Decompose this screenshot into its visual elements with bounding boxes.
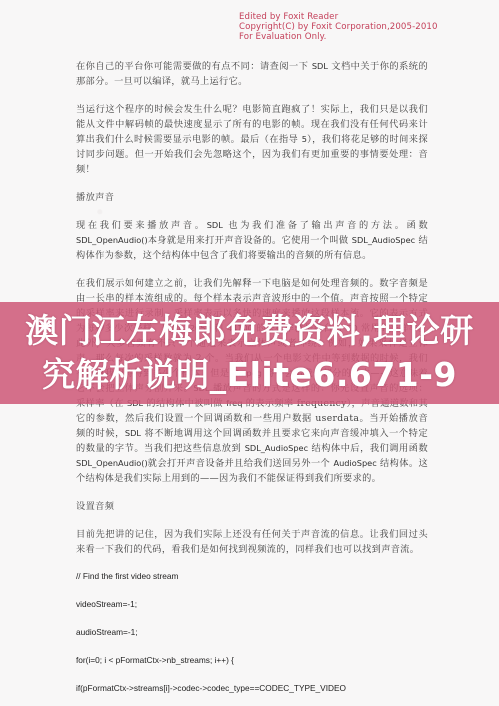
overlay-title-banner: 澳门江左梅郎免费资料,理论研 究解析说明_Elite6.671-9 xyxy=(0,302,499,404)
paragraph-compile-note: 在你自己的平台你可能需要做的有点不同：请查阅一下 SDL 文档中关于你的系统的那… xyxy=(76,59,428,89)
foxit-line-evaluation: For Evaluation Only. xyxy=(239,32,438,42)
text: 在你自己的平台你可能需要做的有点不同：请查阅一下 xyxy=(76,61,312,72)
paragraph-find-audio-stream: 目前先把讲的记住，因为我们实际上还没有任何关于声音流的信息。让我们回过头来看一下… xyxy=(76,527,428,557)
code-line-videostream: videoStream=-1; xyxy=(76,598,428,610)
text: 就会打开声音设备并且给我们送回另外一个 xyxy=(148,458,334,469)
text: AudioSpec xyxy=(334,458,377,468)
text: SDL xyxy=(125,428,141,438)
foxit-line-edited: Edited by Foxit Reader xyxy=(239,12,438,22)
paragraph-sdl-audio: 现在我们要来播放声音。SDL 也为我们准备了输出声音的方法。函数 SDL_Ope… xyxy=(76,218,428,263)
code-line-if-codec: if(pFormatCtx->streams[i]->codec->codec_… xyxy=(76,682,428,694)
paragraph-run-program: 当运行这个程序的时候会发生什么呢？电影简直跑疯了！实际上，我们只是以我们能从文件… xyxy=(76,102,428,177)
document-page: Edited by Foxit Reader Copyright(C) by F… xyxy=(0,0,499,706)
text: SDL_OpenAudio() xyxy=(76,235,148,245)
text: SDL_AudioSpec xyxy=(352,235,415,245)
code-line-for-loop: for(i=0; i < pFormatCtx->nb_streams; i++… xyxy=(76,654,428,666)
text: 本身就是用来打开声音设备的。它使用一个叫做 xyxy=(148,235,352,246)
text: 也为我们准备了输出声音的方法。函数 xyxy=(223,220,428,231)
text: SDL xyxy=(207,220,223,230)
code-line-audiostream: audioStream=-1; xyxy=(76,626,428,638)
foxit-evaluation-header: Edited by Foxit Reader Copyright(C) by F… xyxy=(239,12,438,42)
banner-title-line-1: 澳门江左梅郎免费资料,理论研 xyxy=(25,309,474,353)
text: SDL xyxy=(312,61,328,71)
text: SDL_AudioSpec xyxy=(245,443,308,453)
text: SDL_OpenAudio() xyxy=(76,458,148,468)
text: 结构体中后，我们调用函数 xyxy=(308,443,428,454)
foxit-line-copyright: Copyright(C) by Foxit Corporation,2005-2… xyxy=(239,22,438,32)
text: 现在我们要来播放声音。 xyxy=(76,220,207,231)
section-heading-play-sound: 播放声音 xyxy=(76,190,428,205)
banner-title-line-2: 究解析说明_Elite6.671-9 xyxy=(42,353,457,397)
code-line-comment: // Find the first video stream xyxy=(76,570,428,582)
section-heading-setup-audio: 设置音频 xyxy=(76,499,428,514)
